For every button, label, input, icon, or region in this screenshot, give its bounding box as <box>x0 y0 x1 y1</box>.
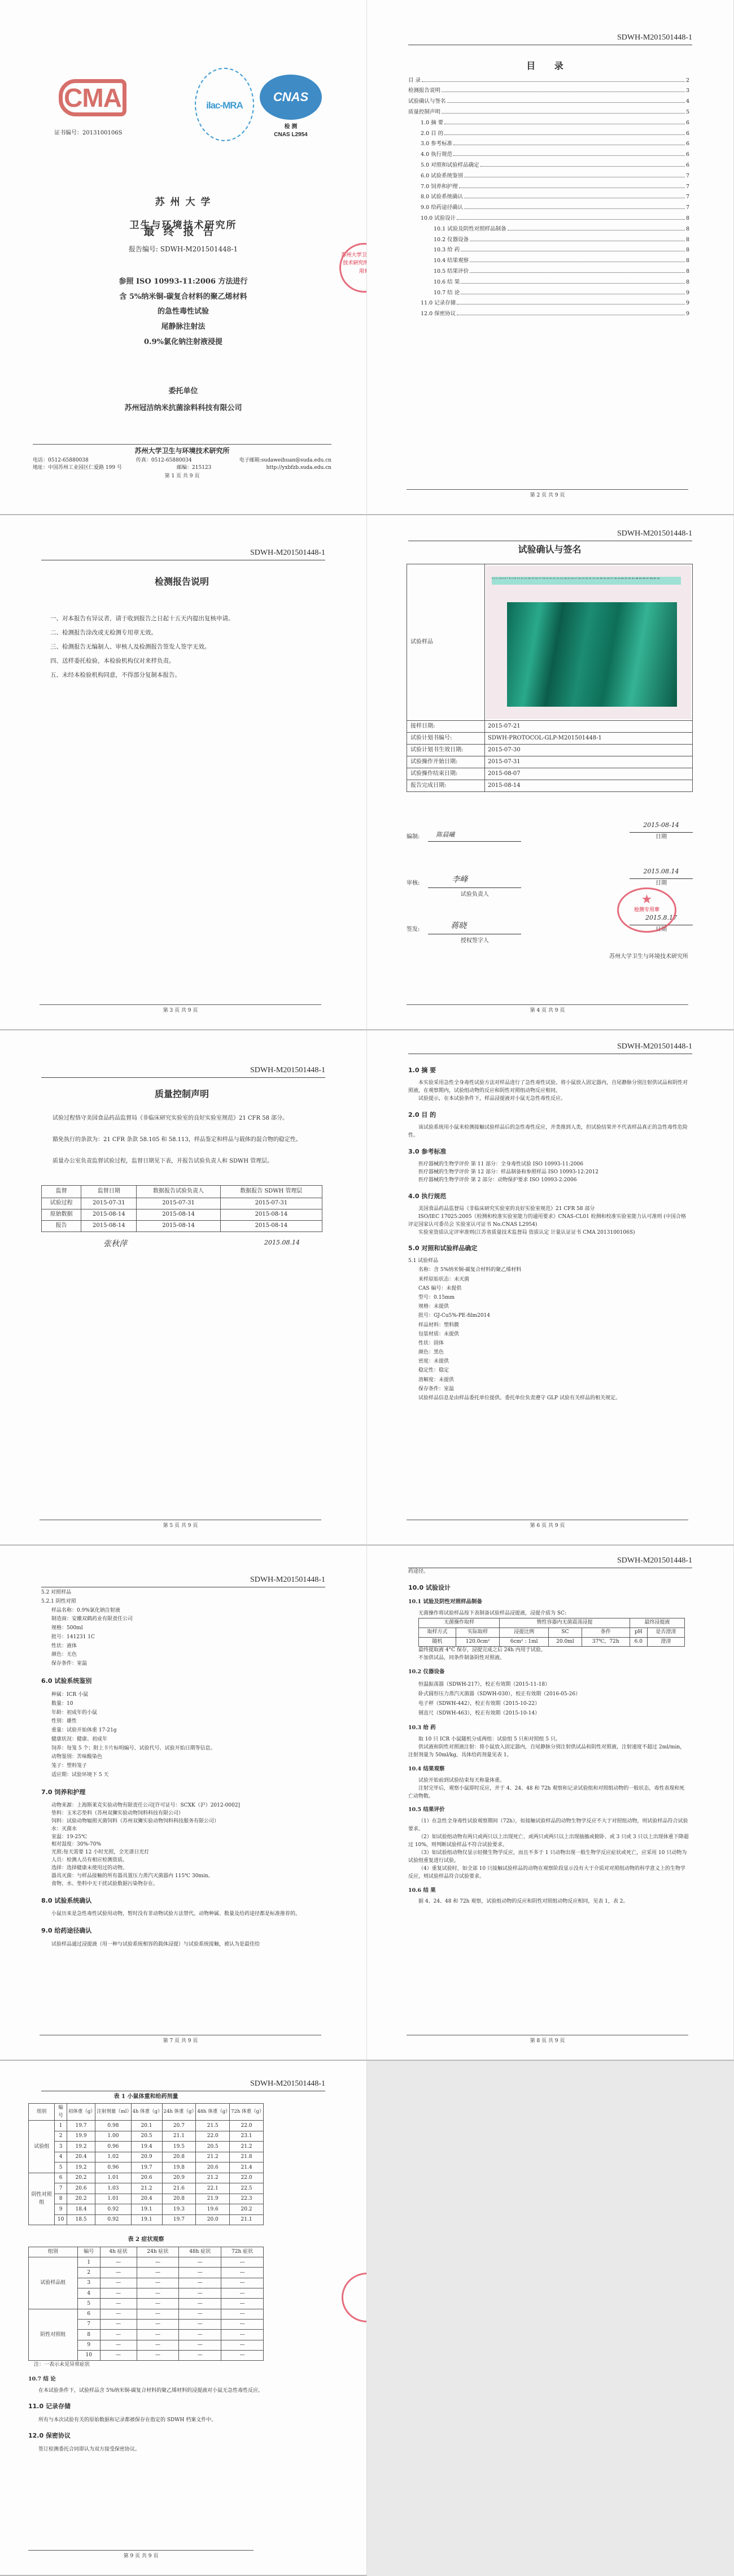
list-item: 光照:每天需要 12 小时光照，全光谱日光灯 <box>41 1849 322 1857</box>
list-item: 种属：ICR 小鼠 <box>41 1691 322 1700</box>
ruler-image: 0 1 2 3 4 5 6 7 8 9 10 11 12 13 14 15 16… <box>492 577 681 585</box>
list-item: 名称：含 5%纳米铜-碳复合材料的聚乙烯材料 <box>408 1265 689 1274</box>
toc-item-label: 11.0 记录存储 <box>421 298 456 309</box>
toc-item-label: 10.3 给 药 <box>434 245 460 256</box>
toc-item[interactable]: 10.6 结 果8 <box>408 277 689 288</box>
list-item: 重量：试验开始体重 17-21g <box>41 1726 322 1735</box>
list-item: 水：灭菌水 <box>41 1826 322 1834</box>
toc-item-label: 1.0 摘 要 <box>421 118 443 129</box>
page-quality-control: SDWH-M201501448-1 质量控制声明 试验过程恪守美国食品药品监督局… <box>0 1030 367 1546</box>
toc-item[interactable]: 目 录2 <box>408 76 689 86</box>
cnas-caption: 检 测 CNAS L2954 <box>260 123 322 139</box>
table-row: 820.21.0120.420.821.922.3 <box>29 2194 264 2204</box>
qc-table: 监督监督日期数据报告试验负责人数据报告 SDWH 管理层 试验过程2015-07… <box>41 1185 322 1232</box>
report-number-header: SDWH-M201501448-1 <box>408 528 692 541</box>
list-item: 样品名称：0.9%氯化钠注射液 <box>41 1607 322 1616</box>
page-confirmation: SDWH-M201501448-1 试验确认与签名 试验样品 0 1 2 3 4… <box>367 515 734 1030</box>
cma-cert-number: 证书编号：2013100106S <box>54 129 122 138</box>
list-item: 器具灭菌：与样品接触的所有器具置压力蒸汽灭菌器内 115℃ 30min。 <box>41 1873 322 1881</box>
toc-item-label: 4.0 执行规范 <box>421 150 452 160</box>
cma-logo: CMA <box>59 79 126 116</box>
page-number: 第 4 页 共 9 页 <box>407 1004 688 1015</box>
table-row: 1018.50.9219.119.720.021.1 <box>29 2214 264 2225</box>
list-item: 恒温振荡器（SDWH-217），校正有效期（2015-11-18） <box>408 1680 689 1690</box>
confirm-title: 试验确认与签名 <box>407 542 693 557</box>
toc-item-page: 7 <box>686 182 689 193</box>
toc-item[interactable]: 4.0 执行规范6 <box>408 150 689 160</box>
note-item: 四、送样委托检验，本检验机构仅对来样负责。 <box>50 654 322 668</box>
note-item: 五、未经本检验机构同意，不得部分复制本报告。 <box>50 668 322 682</box>
table-row: 接样日期:2015-07-21 <box>407 720 693 732</box>
table-row: 519.20.9619.719.820.621.4 <box>29 2162 264 2173</box>
toc-title: 目 录 <box>408 59 689 73</box>
list-item: 批号：141231 1C <box>41 1633 322 1642</box>
toc-item-page: 6 <box>686 118 689 129</box>
sample-label: 试验样品 <box>407 564 485 720</box>
signature-block: 编制:陈晨曦 2015-08-14日期 审核:李峰试验负责人 2015.08.1… <box>407 800 693 986</box>
list-item: 饲料：试验动物辐照灭菌饲料（苏州双狮实验动物饲料科技服务有限公司） <box>41 1818 322 1826</box>
table-row: 试验组119.70.9820.120.721.522.0 <box>29 2121 264 2131</box>
list-item: 笼子：塑料笼子 <box>41 1762 322 1771</box>
toc-item[interactable]: 试验确认与签名4 <box>408 97 689 107</box>
page-number: 第 8 页 共 9 页 <box>407 2035 688 2045</box>
list-item: 批号：GJ-Cu5%-PE-film2014 <box>408 1311 689 1320</box>
table-row: 319.20.9619.419.520.521.2 <box>29 2142 264 2152</box>
page-7: SDWH-M201501448-1 5.2 对照样品 5.2.1 阴性对照 样品… <box>0 1546 367 2061</box>
table-row: 420.41.0220.920.821.221.8 <box>29 2152 264 2162</box>
toc-item-page: 6 <box>686 129 689 140</box>
table-row: 报告完成日期:2015-08-14 <box>407 780 693 791</box>
table-row: 阴性对照组620.21.0120.620.921.222.0 <box>29 2173 264 2183</box>
criteria-item: （4）重复试验时，如全部 10 只接触试验样品的动物在观察阶段显示没有大于介质对… <box>408 1865 689 1881</box>
report-number-header: SDWH-M201501448-1 <box>408 1555 692 1568</box>
toc-item-page: 8 <box>686 224 689 235</box>
institution-name: 苏州大学卫生与环境技术研究所 <box>609 952 688 961</box>
report-pages: CMA 证书编号：2013100106S ilac-MRA CNAS 检 测 C… <box>0 0 734 2576</box>
confirmation-table: 试验样品 0 1 2 3 4 5 6 7 8 9 10 11 12 13 14 … <box>407 564 693 792</box>
toc-item-page: 2 <box>686 76 689 86</box>
toc-item-label: 10.1 试验及阴性对照样品制备 <box>434 224 506 235</box>
list-item: 数量：10 <box>41 1700 322 1709</box>
list-item: 密度：未提供 <box>408 1357 689 1366</box>
toc-item-page: 6 <box>686 139 689 150</box>
report-number-header: SDWH-M201501448-1 <box>41 1574 325 1587</box>
list-item: 溶解度：未提供 <box>408 1376 689 1385</box>
table-row: 试验操作结束日期:2015-08-07 <box>407 768 693 780</box>
toc-item-label: 3.0 参考标准 <box>421 139 452 150</box>
compiler-signature: 陈晨曦 <box>436 830 455 840</box>
toc-item[interactable]: 10.5 结果评价8 <box>408 267 689 277</box>
table2-title: 表 2 症状观察 <box>28 2235 264 2244</box>
criteria-item: （2）如试验组动物有两只或两只以上出现死亡、或两只或两只以上出现抽搐或俯卧、或 … <box>408 1834 689 1850</box>
toc-item-label: 10.2 仪器设备 <box>434 235 469 246</box>
page-cover: CMA 证书编号：2013100106S ilac-MRA CNAS 检 测 C… <box>0 0 367 515</box>
toc-item-page: 4 <box>686 97 689 107</box>
report-number-header: SDWH-M201501448-1 <box>41 1064 325 1078</box>
page-toc: SDWH-M201501448-1 目 录 目 录2检测报告说明3试验确认与签名… <box>367 0 734 515</box>
toc-item-page: 5 <box>686 107 689 118</box>
page-notes: SDWH-M201501448-1 检测报告说明 一、对本报告有异议者，请于收到… <box>0 515 367 1030</box>
toc-item-label: 10.6 结 果 <box>434 277 460 288</box>
page-number: 第 3 页 共 9 页 <box>40 1004 321 1015</box>
toc-item[interactable]: 2.0 目 的6 <box>408 129 689 140</box>
page-6: SDWH-M201501448-1 1.0 摘 要 本实验采用急性全身毒性试验方… <box>367 1030 734 1546</box>
list-item: 颜色：黑色 <box>408 1348 689 1357</box>
list-item: 饲养：每笼 5 个；附上卡片标明编号、试验代号、试验开始日期等信息。 <box>41 1744 322 1753</box>
table-row: 试验过程2015-07-312015-07-312015-07-31 <box>42 1198 322 1209</box>
toc-item-page: 8 <box>686 214 689 224</box>
qc-signature-date: 2015.08.14 <box>264 1238 300 1250</box>
table-row: 原始数据2015-08-142015-08-142015-08-14 <box>42 1209 322 1220</box>
toc-item-label: 10.4 结果观察 <box>434 256 469 267</box>
official-seal-partial <box>342 2273 367 2322</box>
toc-item[interactable]: 10.1 试验及阴性对照样品制备8 <box>408 224 689 235</box>
toc-item-label: 试验确认与签名 <box>408 97 446 107</box>
empty-slot <box>367 2061 734 2576</box>
cover-report-number: 报告编号: SDWH-M201501448-1 <box>0 244 366 255</box>
table-row: 报告2015-08-142015-08-142015-08-14 <box>42 1220 322 1232</box>
toc-item-label: 10.5 结果评价 <box>434 267 469 277</box>
list-item: 相对湿度：30%-70% <box>41 1841 322 1849</box>
page-number: 第 9 页 共 9 页 <box>28 2550 254 2560</box>
toc-item[interactable]: 12.0 保密协议9 <box>408 309 689 320</box>
list-item: 来样原始状态：未灭菌 <box>408 1275 689 1284</box>
criteria-item: （1）在急性全身毒性试验观察期间（72h），如接触试验样品的动物生物学反应不大于… <box>408 1818 689 1834</box>
list-item: 食物、水、垫料中无干扰试验数据污染物存在。 <box>41 1881 322 1889</box>
cover-client: 委托单位 苏州冠洁纳米抗菌涂料科技有限公司 <box>0 383 366 417</box>
table-row: 试验样品组1———— <box>29 2257 264 2268</box>
page-number: 第 6 页 共 9 页 <box>407 1520 688 1530</box>
note-item: 二、检测报告涂改或无检测专用章无效。 <box>50 626 322 640</box>
list-item: 电子秤（SDWH-442），校正有效期（2015-10-22） <box>408 1699 689 1709</box>
qc-signature: 张秋萍 <box>103 1238 127 1250</box>
note-item: 一、对本报告有异议者，请于收到报告之日起十五天内提出复核申请。 <box>50 612 322 626</box>
email-link[interactable]: 电子邮箱:sudaweihuan@suda.edu.cn <box>239 457 331 464</box>
table-row: 阴性对照组6———— <box>29 2309 264 2319</box>
toc-item[interactable]: 检测报告说明3 <box>408 86 689 97</box>
notes-list: 一、对本报告有异议者，请于收到报告之日起十五天内提出复核申请。 二、检测报告涂改… <box>41 612 322 682</box>
page-9: SDWH-M201501448-1 表 1 小鼠体重和给药剂量 组别编号初体重（… <box>0 2061 367 2576</box>
list-item: 动物鉴别：苦味酸染色 <box>41 1753 322 1762</box>
notes-title: 检测报告说明 <box>41 575 322 589</box>
toc-item-page: 3 <box>686 86 689 97</box>
note-item: 三、检测报告无编制人、审核人及检测报告签发人签字无效。 <box>50 640 322 654</box>
report-number-header: SDWH-M201501448-1 <box>408 1041 692 1054</box>
toc-item-page: 6 <box>686 160 689 171</box>
table1-title: 表 1 小鼠体重和给药剂量 <box>28 2092 264 2101</box>
issuer-signature: 蒋晓 <box>451 920 466 932</box>
toc-item-page: 7 <box>686 171 689 182</box>
list-item: 动物来源：上海斯莱克实验动物有限责任公司[许可证号：SCXK（沪）2012-00… <box>41 1802 322 1810</box>
page-number: 第 1 页 共 9 页 <box>33 473 331 480</box>
page-8: SDWH-M201501448-1 药途径。 10.0 试验设计 10.1 试验… <box>367 1546 734 2061</box>
toc-item[interactable]: 质量控制声明5 <box>408 107 689 118</box>
page-number: 第 5 页 共 9 页 <box>40 1520 321 1530</box>
toc-item-label: 6.0 试验系统鉴别 <box>421 171 463 182</box>
list-item: 保存条件：室温 <box>41 1660 322 1669</box>
toc-item[interactable]: 5.0 对照和试验样品确定6 <box>408 160 689 171</box>
toc-item-page: 8 <box>686 245 689 256</box>
toc-item[interactable]: 1.0 摘 要6 <box>408 118 689 129</box>
cnas-logo: CNAS <box>260 75 322 120</box>
toc-item[interactable]: 3.0 参考标准6 <box>408 139 689 150</box>
toc-item-label: 9.0 给药途径确认 <box>421 203 463 214</box>
toc-item-page: 8 <box>686 277 689 288</box>
toc-item-label: 5.0 对照和试验样品确定 <box>421 160 479 171</box>
accreditation-logos: CMA 证书编号：2013100106S ilac-MRA CNAS 检 测 C… <box>0 68 366 153</box>
list-item: 健康状况：健康、初成年 <box>41 1735 322 1744</box>
toc-item[interactable]: 8.0 试验系统确认7 <box>408 192 689 203</box>
list-item: 保存条件：室温 <box>408 1385 689 1394</box>
toc-item[interactable]: 10.3 给 药8 <box>408 245 689 256</box>
toc-item-label: 7.0 饲养和护理 <box>421 182 458 193</box>
toc-item[interactable]: 10.0 试验设计8 <box>408 214 689 224</box>
toc-item[interactable]: 10.2 仪器设备8 <box>408 235 689 246</box>
page-number: 第 7 页 共 9 页 <box>40 2035 321 2045</box>
toc-item-label: 2.0 目 的 <box>421 129 443 140</box>
table-row: 720.61.0321.221.622.122.5 <box>29 2183 264 2194</box>
list-item: 颜色：无色 <box>41 1651 322 1660</box>
list-item: 室温：19-25℃ <box>41 1834 322 1842</box>
toc-item-label: 检测报告说明 <box>408 86 440 97</box>
list-item: 人员：检测人员有相应检测资质。 <box>41 1857 322 1865</box>
toc-item-label: 10.7 结 论 <box>434 288 460 299</box>
list-item: 年龄：初成年的小鼠 <box>41 1709 322 1718</box>
toc-item-page: 7 <box>686 203 689 214</box>
toc-item[interactable]: 10.4 结果观察8 <box>408 256 689 267</box>
table2-note: 注：一表示未见异常症状 <box>28 2361 264 2369</box>
list-item: 垫料：玉米芯垫料（苏州双狮实验动物饲料科技有限公司） <box>41 1810 322 1818</box>
toc-item-label: 10.0 试验设计 <box>421 214 456 224</box>
table-row: 试验操作开始日期:2015-07-31 <box>407 756 693 768</box>
report-number-header: SDWH-M201501448-1 <box>41 2078 325 2091</box>
list-item: 性状：液体 <box>41 1642 322 1651</box>
toc-item-page: 7 <box>686 192 689 203</box>
toc-item[interactable]: 7.0 饲养和护理7 <box>408 182 689 193</box>
list-item: 型号：0.15mm <box>408 1293 689 1302</box>
sample-photo: 0 1 2 3 4 5 6 7 8 9 10 11 12 13 14 15 16… <box>486 565 691 719</box>
toc-item-page: 9 <box>686 309 689 320</box>
symptom-table: 组别编号4h 症状24h 症状48h 症状72h 症状 试验样品组1————2—… <box>28 2247 264 2361</box>
list-item: 规格：500ml <box>41 1624 322 1633</box>
page-number: 第 2 页 共 9 页 <box>407 489 688 499</box>
toc-item-label: 8.0 试验系统确认 <box>421 192 463 203</box>
toc-item-page: 8 <box>686 256 689 267</box>
toc-item[interactable]: 11.0 记录存储9 <box>408 298 689 309</box>
toc-item[interactable]: 9.0 给药途径确认7 <box>408 203 689 214</box>
toc-item-page: 8 <box>686 267 689 277</box>
list-item: 适应期：试验环境下 5 天 <box>41 1771 322 1780</box>
toc-item-page: 9 <box>686 288 689 299</box>
list-item: 稳定性：稳定 <box>408 1366 689 1375</box>
table-row: 试验计划书编号:SDWH-PROTOCOL-GLP-M201501448-1 <box>407 732 693 744</box>
ilac-mra-logo: ilac-MRA <box>195 68 254 141</box>
list-item: 性别：雄性 <box>41 1717 322 1726</box>
reviewer-signature: 李峰 <box>452 873 468 886</box>
list-item: 包装材质：未提供 <box>408 1330 689 1339</box>
weight-dose-table: 组别编号初体重（g）注射剂量（ml）4h 体重（g）24h 体重（g）48h 体… <box>28 2103 264 2225</box>
toc-item[interactable]: 10.7 结 论9 <box>408 288 689 299</box>
list-item: 试验样品信息是由样品委托单位提供。委托单位负责遵守 GLP 试验有关样品的相关规… <box>408 1394 689 1403</box>
table-row: 试验计划书生效日期:2015-07-30 <box>407 744 693 756</box>
toc-item-label: 目 录 <box>408 76 421 86</box>
website-link[interactable]: http://yxbfzb.suda.edu.cn <box>266 464 331 472</box>
toc-item-label: 12.0 保密协议 <box>421 309 456 320</box>
toc-list: 目 录2检测报告说明3试验确认与签名4质量控制声明51.0 摘 要62.0 目 … <box>408 76 689 320</box>
toc-item-page: 9 <box>686 298 689 309</box>
toc-item[interactable]: 6.0 试验系统鉴别7 <box>408 171 689 182</box>
cover-footer: 苏州大学卫生与环境技术研究所 电话：0512-65880038传真：0512-6… <box>33 444 331 481</box>
list-item: CAS 编号：未提供 <box>408 1284 689 1293</box>
criteria-item: （3）如试验组动物仅显示轻微生物学反应，而且不多于 1 只动物出现一般生物学反应… <box>408 1850 689 1865</box>
toc-item-page: 8 <box>686 235 689 246</box>
list-item: 制造商：安徽双鹤药业有限责任公司 <box>41 1615 322 1624</box>
list-item: 样品材料：塑料膜 <box>408 1321 689 1330</box>
toc-item-label: 质量控制声明 <box>408 107 440 118</box>
green-film-sample <box>507 602 677 707</box>
toc-item-page: 6 <box>686 150 689 160</box>
cover-subtitle: 参照 ISO 10993-11:2006 方法进行 含 5%纳米铜-碳复合材料的… <box>0 275 366 350</box>
qc-title: 质量控制声明 <box>41 1087 322 1102</box>
table-row: 918.40.9219.119.319.620.2 <box>29 2204 264 2215</box>
list-item: 性状：固体 <box>408 1339 689 1348</box>
official-seal: ★检测专用章 <box>617 887 676 933</box>
list-item: 规格：未提供 <box>408 1302 689 1311</box>
extraction-table: 无菌操作取样惰性容器内无菌震荡浸提最终浸提液 取样方式实际取样浸提比例SC条件p… <box>418 1618 685 1647</box>
list-item: 卧式圆形压力蒸汽灭菌器（SDWH-030），校正有效期（2016-05-26） <box>408 1690 689 1699</box>
list-item: 选择：选择健康未使用过的动物。 <box>41 1865 322 1873</box>
list-item: 钢直尺（SDWH-463），校正有效期（2015-10-14） <box>408 1709 689 1718</box>
table-row: 219.91.0020.521.122.023.1 <box>29 2131 264 2142</box>
report-number-header: SDWH-M201501448-1 <box>41 547 325 560</box>
report-number-header: SDWH-M201501448-1 <box>408 32 692 45</box>
